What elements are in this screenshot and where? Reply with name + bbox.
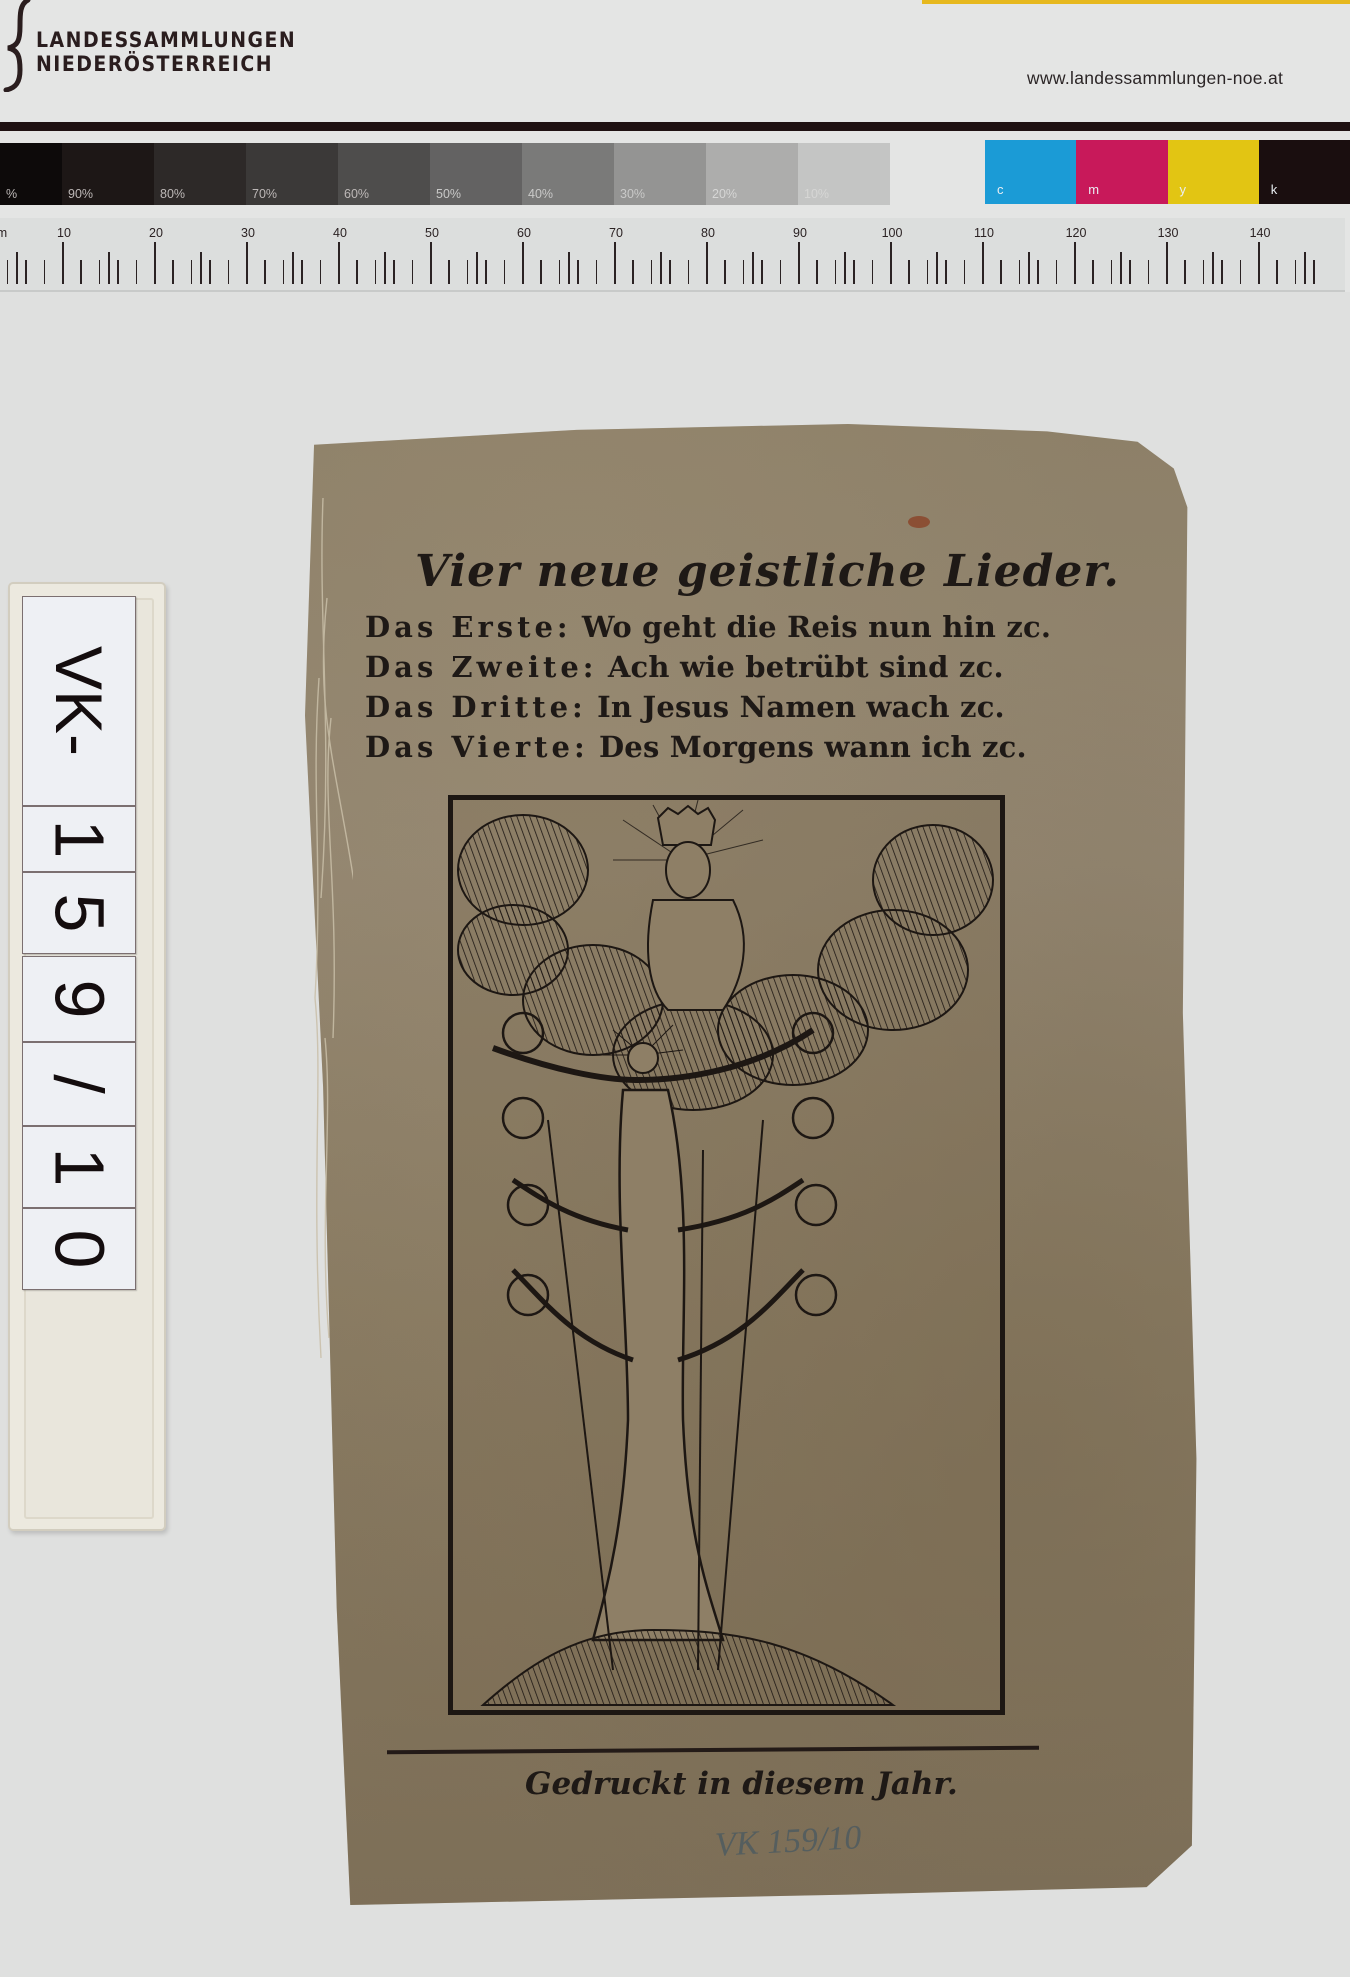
cmyk-patch-label: c xyxy=(997,182,1004,197)
ruler-tick xyxy=(1092,260,1094,284)
ruler-tick xyxy=(816,260,818,284)
logo-line-1: LANDESSAMMLUNGEN xyxy=(36,28,296,52)
ruler-label: 30 xyxy=(241,226,255,240)
gray-patch-label: 60% xyxy=(344,187,369,201)
inventory-label-holder: VK-159/10 xyxy=(8,582,166,1531)
song-line-3: Das Dritte: In Jesus Namen wach zc. xyxy=(365,690,1005,724)
ruler-tick xyxy=(320,260,322,284)
ruler-tick xyxy=(835,260,837,284)
ruler-label: 90 xyxy=(793,226,807,240)
ruler-tick xyxy=(844,252,846,284)
ruler-tick xyxy=(945,260,947,284)
gray-patch-label: % xyxy=(6,187,17,201)
inventory-character: 1 xyxy=(44,820,114,859)
song-incipit: Ach wie betrübt sind zc. xyxy=(608,650,1004,684)
inventory-tile: 1 xyxy=(22,806,136,872)
ruler-label: 80 xyxy=(701,226,715,240)
song-incipit: Wo geht die Reis nun hin zc. xyxy=(582,610,1051,644)
gray-patch: % xyxy=(0,143,62,205)
ruler-label: 50 xyxy=(425,226,439,240)
gray-patch-label: 40% xyxy=(528,187,553,201)
measurement-ruler: m102030405060708090100110120130140 xyxy=(0,218,1345,292)
ruler-tick xyxy=(743,260,745,284)
ruler-label: 20 xyxy=(149,226,163,240)
ruler-tick xyxy=(1304,252,1306,284)
gray-patch: 70% xyxy=(246,143,338,205)
ruler-tick xyxy=(1148,260,1150,284)
ruler-tick xyxy=(476,252,478,284)
leaflet-title: Vier neue geistliche Lieder. xyxy=(415,546,1115,597)
printed-leaflet: Vier neue geistliche Lieder. Das Erste: … xyxy=(305,418,1210,1905)
ruler-label: 10 xyxy=(57,226,71,240)
ruler-tick xyxy=(872,260,874,284)
grayscale-strip: %90%80%70%60%50%40%30%20%10% xyxy=(0,143,893,205)
cmyk-patch-m: m xyxy=(1076,140,1167,204)
gray-patch: 20% xyxy=(706,143,798,205)
inventory-character: / xyxy=(44,1074,114,1093)
ruler-label: 130 xyxy=(1158,226,1179,240)
ruler-tick xyxy=(485,260,487,284)
ruler-tick xyxy=(1166,242,1168,284)
ruler-tick xyxy=(1000,260,1002,284)
ruler-label: 110 xyxy=(974,226,994,240)
ruler-tick xyxy=(292,252,294,284)
ruler-tick xyxy=(16,252,18,284)
ruler-tick xyxy=(632,260,634,284)
ruler-tick xyxy=(504,260,506,284)
ruler-tick xyxy=(596,260,598,284)
ruler-tick xyxy=(25,260,27,284)
ruler-tick xyxy=(1037,260,1039,284)
ruler-tick xyxy=(283,260,285,284)
ruler-tick xyxy=(430,242,432,284)
ruler-tick xyxy=(393,260,395,284)
ruler-tick xyxy=(1028,252,1030,284)
ruler-tick xyxy=(1203,260,1205,284)
ruler-tick xyxy=(467,260,469,284)
ruler-tick xyxy=(1240,260,1242,284)
ruler-tick xyxy=(356,260,358,284)
ruler-label: 40 xyxy=(333,226,347,240)
ruler-tick xyxy=(669,260,671,284)
ruler-tick xyxy=(412,260,414,284)
ruler-tick xyxy=(1276,260,1278,284)
ruler-tick xyxy=(448,260,450,284)
gray-patch: 50% xyxy=(430,143,522,205)
ruler-tick xyxy=(44,260,46,284)
logo-line-2: NIEDERÖSTERREICH xyxy=(36,52,296,76)
ruler-tick xyxy=(660,252,662,284)
ruler-tick xyxy=(154,242,156,284)
ruler-tick xyxy=(724,260,726,284)
ruler-tick xyxy=(1258,242,1260,284)
gray-patch: 60% xyxy=(338,143,430,205)
gray-patch-label: 20% xyxy=(712,187,737,201)
gray-patch: 40% xyxy=(522,143,614,205)
ruler-tick xyxy=(964,260,966,284)
gray-patch-label: 50% xyxy=(436,187,461,201)
ruler-tick xyxy=(1019,260,1021,284)
ruler-tick xyxy=(1074,242,1076,284)
ruler-tick xyxy=(908,260,910,284)
ruler-tick xyxy=(688,260,690,284)
song-line-4: Das Vierte: Des Morgens wann ich zc. xyxy=(365,730,1027,764)
ruler-tick xyxy=(1313,260,1315,284)
gray-patch: 30% xyxy=(614,143,706,205)
ruler-tick xyxy=(1056,260,1058,284)
ruler-tick xyxy=(246,242,248,284)
ruler-tick xyxy=(614,242,616,284)
website-url: www.landessammlungen-noe.at xyxy=(1027,68,1283,89)
ruler-tick xyxy=(136,260,138,284)
inventory-tile: 0 xyxy=(22,1208,136,1290)
cmyk-patch-k: k xyxy=(1259,140,1350,204)
ruler-tick xyxy=(1295,260,1297,284)
ruler-label: 70 xyxy=(609,226,623,240)
ruler-tick xyxy=(117,260,119,284)
cmyk-patch-c: c xyxy=(985,140,1076,204)
woodcut-illustration xyxy=(448,795,1005,1715)
inventory-character: 9 xyxy=(44,980,114,1019)
inventory-tile: 9 xyxy=(22,956,136,1042)
cmyk-patch-label: m xyxy=(1088,182,1099,197)
gray-patch-label: 90% xyxy=(68,187,93,201)
ruler-tick xyxy=(761,260,763,284)
ruler-tick xyxy=(798,242,800,284)
inventory-tile: VK- xyxy=(22,596,136,806)
curly-brace-logo-icon xyxy=(2,0,36,92)
imprint-line: Gedruckt in diesem Jahr. xyxy=(525,1766,958,1802)
inventory-tile: 5 xyxy=(22,872,136,954)
song-ordinal: Das Zweite: xyxy=(365,650,598,684)
ruler-tick xyxy=(228,260,230,284)
yellow-edge-strip xyxy=(922,0,1350,4)
ruler-tick xyxy=(522,242,524,284)
ruler-tick xyxy=(264,260,266,284)
ruler-tick xyxy=(108,252,110,284)
ruler-tick xyxy=(853,260,855,284)
ruler-tick xyxy=(209,260,211,284)
inventory-character: 5 xyxy=(44,894,114,933)
ruler-tick xyxy=(927,260,929,284)
song-ordinal: Das Erste: xyxy=(365,610,572,644)
ruler-tick xyxy=(706,242,708,284)
song-incipit: Des Morgens wann ich zc. xyxy=(599,730,1027,764)
cmyk-patch-y: y xyxy=(1168,140,1259,204)
song-line-2: Das Zweite: Ach wie betrübt sind zc. xyxy=(365,650,1004,684)
ruler-tick xyxy=(99,260,101,284)
gray-patch-label: 70% xyxy=(252,187,277,201)
ruler-tick xyxy=(568,252,570,284)
ruler-tick xyxy=(577,260,579,284)
ruler-tick xyxy=(1212,252,1214,284)
inventory-character: 0 xyxy=(44,1230,114,1269)
cmyk-patch-label: y xyxy=(1180,182,1187,197)
ruler-tick xyxy=(200,252,202,284)
ruler-tick xyxy=(1221,260,1223,284)
gray-patch: 10% xyxy=(798,143,890,205)
ruler-tick xyxy=(936,252,938,284)
ruler-tick xyxy=(1111,260,1113,284)
torn-binding-fibers xyxy=(293,478,353,1378)
ruler-tick xyxy=(1120,252,1122,284)
cmyk-strip: cmyk xyxy=(985,140,1350,204)
song-ordinal: Das Vierte: xyxy=(365,730,589,764)
gray-patch-label: 30% xyxy=(620,187,645,201)
inventory-tile: 1 xyxy=(22,1126,136,1208)
ruler-label: 100 xyxy=(882,226,903,240)
ruler-label: 60 xyxy=(517,226,531,240)
song-line-1: Das Erste: Wo geht die Reis nun hin zc. xyxy=(365,610,1051,644)
rust-stain xyxy=(908,516,930,528)
ruler-tick xyxy=(7,260,9,284)
inventory-character: 1 xyxy=(44,1148,114,1187)
inventory-tile: / xyxy=(22,1042,136,1126)
ruler-unit: m xyxy=(0,226,7,240)
ruler-tick xyxy=(559,260,561,284)
ruler-tick xyxy=(982,242,984,284)
color-reference-card: LANDESSAMMLUNGEN NIEDERÖSTERREICH www.la… xyxy=(0,0,1350,292)
ruler-tick xyxy=(1129,260,1131,284)
gray-patch-label: 10% xyxy=(804,187,829,201)
song-incipit: In Jesus Namen wach zc. xyxy=(597,690,1005,724)
ruler-tick xyxy=(375,260,377,284)
gray-patch-label: 80% xyxy=(160,187,185,201)
ruler-tick xyxy=(301,260,303,284)
institution-logo: LANDESSAMMLUNGEN NIEDERÖSTERREICH xyxy=(36,28,296,76)
inventory-character: VK- xyxy=(46,646,112,756)
ruler-tick xyxy=(1184,260,1186,284)
gray-patch: 80% xyxy=(154,143,246,205)
song-ordinal: Das Dritte: xyxy=(365,690,587,724)
gray-patch: 90% xyxy=(62,143,154,205)
ruler-tick xyxy=(540,260,542,284)
ruler-tick xyxy=(191,260,193,284)
ruler-tick xyxy=(172,260,174,284)
ruler-tick xyxy=(651,260,653,284)
ruler-tick xyxy=(80,260,82,284)
ruler-tick xyxy=(890,242,892,284)
pencil-inventory-inscription: VK 159/10 xyxy=(714,1819,862,1865)
cmyk-patch-label: k xyxy=(1271,182,1278,197)
ruler-tick xyxy=(62,242,64,284)
ruler-label: 120 xyxy=(1066,226,1087,240)
ruler-tick xyxy=(752,252,754,284)
ruler-label: 140 xyxy=(1250,226,1271,240)
ruler-tick xyxy=(780,260,782,284)
ruler-tick xyxy=(384,252,386,284)
ruler-tick xyxy=(338,242,340,284)
black-divider-band xyxy=(0,122,1350,131)
tree-of-life-woodcut-icon xyxy=(453,800,1000,1710)
